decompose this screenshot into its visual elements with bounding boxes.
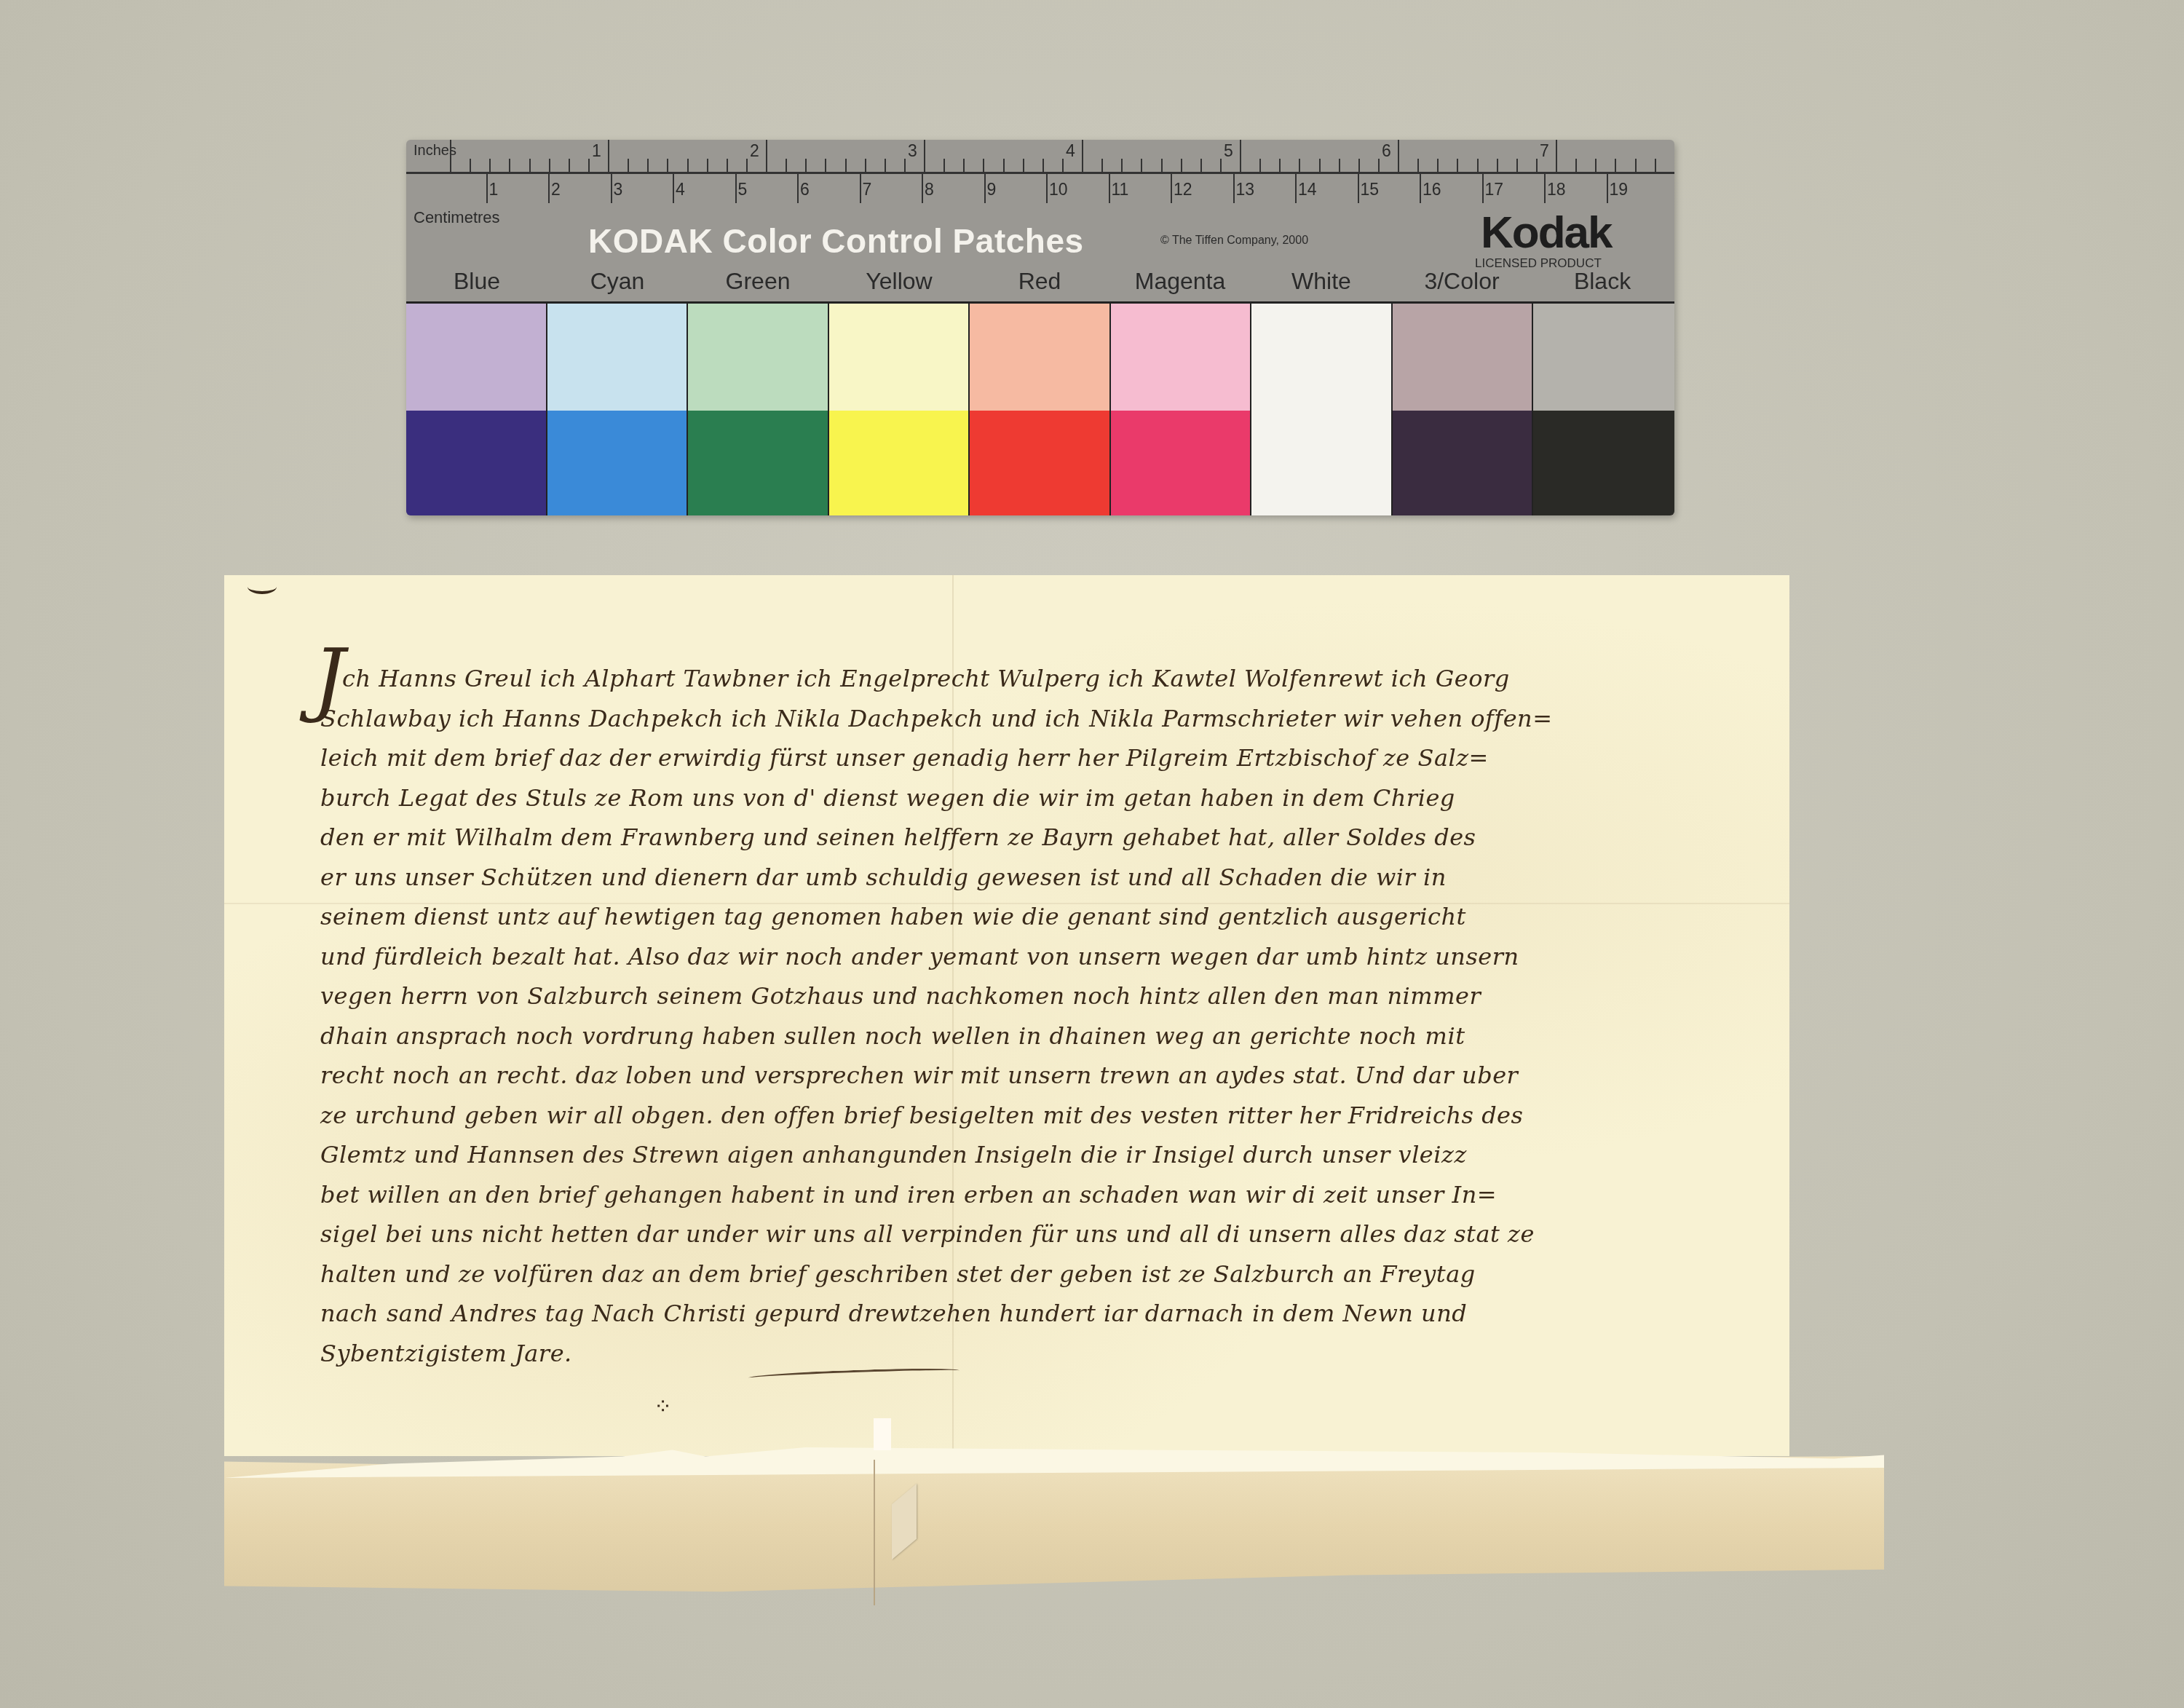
inch-tick bbox=[1082, 140, 1083, 172]
patch-label-cyan: Cyan bbox=[590, 268, 645, 295]
patch-dark bbox=[1111, 411, 1251, 515]
inch-tick bbox=[608, 140, 609, 172]
cm-number: 6 bbox=[800, 180, 810, 199]
inch-tick bbox=[845, 159, 847, 172]
charter-line: burch Legat des Stuls ze Rom uns von d' … bbox=[320, 778, 1718, 818]
inch-tick bbox=[470, 159, 471, 172]
patch-dark bbox=[1393, 411, 1532, 515]
patch-dark bbox=[547, 411, 687, 515]
patch-column-black bbox=[1533, 304, 1674, 515]
patch-column-white bbox=[1251, 304, 1393, 515]
inch-tick bbox=[509, 159, 510, 172]
charter-line: den er mit Wilhalm dem Frawnberg und sei… bbox=[320, 818, 1718, 858]
patch-light bbox=[829, 304, 969, 412]
inch-tick bbox=[1062, 159, 1064, 172]
inch-tick bbox=[588, 159, 590, 172]
inch-tick bbox=[825, 159, 826, 172]
patch-light bbox=[688, 304, 828, 412]
inch-tick bbox=[1240, 140, 1241, 172]
charter-line: bet willen an den brief gehangen habent … bbox=[320, 1175, 1718, 1215]
patch-labels: Blue Cyan Green Yellow Red Magenta White… bbox=[406, 268, 1674, 294]
inch-tick bbox=[450, 140, 451, 172]
centimetre-ruler: 12345678910111213141516171819 bbox=[406, 174, 1674, 209]
plica-fold bbox=[224, 1456, 1884, 1594]
color-patches bbox=[406, 301, 1674, 515]
inch-number: 7 bbox=[1540, 141, 1549, 161]
inch-number: 5 bbox=[1224, 141, 1233, 161]
inch-tick bbox=[1437, 159, 1439, 172]
cm-tick bbox=[1171, 174, 1172, 203]
inch-tick bbox=[687, 159, 689, 172]
patch-label-red: Red bbox=[1018, 268, 1061, 295]
inch-tick bbox=[1003, 159, 1005, 172]
charter-line: ch Hanns Greul ich Alphart Tawbner ich E… bbox=[320, 659, 1718, 699]
inch-tick bbox=[707, 159, 708, 172]
inch-number: 3 bbox=[908, 141, 917, 161]
cm-number: 10 bbox=[1049, 180, 1068, 199]
inch-tick bbox=[549, 159, 550, 172]
inch-tick bbox=[983, 159, 984, 172]
inch-tick bbox=[1141, 159, 1142, 172]
cm-number: 15 bbox=[1361, 180, 1380, 199]
inch-tick bbox=[1417, 159, 1419, 172]
inch-tick bbox=[1556, 140, 1557, 172]
cm-tick bbox=[673, 174, 674, 203]
cm-number: 11 bbox=[1112, 180, 1129, 199]
inch-tick bbox=[1457, 159, 1458, 172]
inch-tick bbox=[1516, 159, 1518, 172]
inch-tick bbox=[1655, 159, 1656, 172]
inch-tick bbox=[1259, 159, 1261, 172]
cm-tick bbox=[1607, 174, 1608, 203]
inch-tick bbox=[1161, 159, 1163, 172]
copyright-notice: © The Tiffen Company, 2000 bbox=[1160, 234, 1308, 248]
inch-tick bbox=[1358, 159, 1360, 172]
cm-number: 16 bbox=[1423, 180, 1441, 199]
inch-tick bbox=[1378, 159, 1380, 172]
patch-dark bbox=[829, 411, 969, 515]
inch-tick bbox=[1615, 159, 1616, 172]
charter-line: Sybentzigistem Jare. bbox=[320, 1334, 1718, 1374]
kodak-logo: Kodak bbox=[1481, 207, 1611, 258]
inch-tick bbox=[727, 159, 728, 172]
inch-number: 2 bbox=[750, 141, 759, 161]
patch-dark bbox=[1533, 411, 1674, 515]
cm-tick bbox=[797, 174, 799, 203]
corner-ink-mark bbox=[248, 580, 277, 594]
cm-tick bbox=[1358, 174, 1359, 203]
inch-tick bbox=[529, 159, 531, 172]
inch-tick bbox=[904, 159, 906, 172]
inch-tick bbox=[628, 159, 629, 172]
cm-number: 8 bbox=[925, 180, 934, 199]
inch-tick bbox=[1101, 159, 1103, 172]
charter-line: sigel bei uns nicht hetten dar under wir… bbox=[320, 1214, 1718, 1254]
inch-tick bbox=[786, 159, 787, 172]
patch-light bbox=[1533, 304, 1674, 412]
patch-light bbox=[1393, 304, 1532, 412]
charter-line: nach sand Andres tag Nach Christi gepurd… bbox=[320, 1294, 1718, 1334]
inch-tick bbox=[805, 159, 807, 172]
charter-line: halten und ze volfüren daz an dem brief … bbox=[320, 1254, 1718, 1294]
inch-tick bbox=[1635, 159, 1637, 172]
inch-tick bbox=[1220, 159, 1222, 172]
charter-line: leich mit dem brief daz der erwirdig für… bbox=[320, 738, 1718, 778]
cm-tick bbox=[1544, 174, 1546, 203]
inch-tick bbox=[1497, 159, 1498, 172]
inch-tick bbox=[1319, 159, 1321, 172]
cm-tick bbox=[735, 174, 737, 203]
cm-number: 7 bbox=[863, 180, 872, 199]
charter-line: und fürdleich bezalt hat. Also daz wir n… bbox=[320, 937, 1718, 977]
patch-dark bbox=[688, 411, 828, 515]
inch-tick bbox=[1595, 159, 1597, 172]
cm-number: 3 bbox=[614, 180, 623, 199]
inch-tick bbox=[865, 159, 866, 172]
inch-ruler: Inches 12345678 bbox=[406, 140, 1674, 174]
patch-label-yellow: Yellow bbox=[866, 268, 932, 295]
seal-slit bbox=[874, 1460, 875, 1605]
cm-tick bbox=[1109, 174, 1110, 203]
medieval-charter: J ch Hanns Greul ich Alphart Tawbner ich… bbox=[224, 575, 1789, 1456]
inch-tick bbox=[1121, 159, 1123, 172]
patch-label-black: Black bbox=[1574, 268, 1631, 295]
patch-column-cyan bbox=[547, 304, 689, 515]
inch-tick bbox=[1477, 159, 1479, 172]
inch-tick bbox=[1575, 159, 1577, 172]
cm-tick bbox=[1233, 174, 1235, 203]
patch-column-yellow bbox=[829, 304, 970, 515]
cm-tick bbox=[984, 174, 986, 203]
cm-tick bbox=[486, 174, 488, 203]
cm-number: 1 bbox=[489, 180, 499, 199]
inch-tick bbox=[1339, 159, 1340, 172]
inch-tick bbox=[1279, 159, 1281, 172]
inch-tick bbox=[489, 159, 491, 172]
inch-number: 1 bbox=[592, 141, 601, 161]
patch-label-white: White bbox=[1291, 268, 1351, 295]
seal-slit-opening bbox=[874, 1418, 891, 1450]
inch-tick bbox=[885, 159, 886, 172]
cm-tick bbox=[1295, 174, 1297, 203]
strip-title: KODAK Color Control Patches bbox=[588, 221, 1084, 261]
charter-line: seinem dienst untz auf hewtigen tag geno… bbox=[320, 897, 1718, 937]
inch-tick bbox=[1023, 159, 1024, 172]
patch-light bbox=[547, 304, 687, 412]
cm-number: 9 bbox=[987, 180, 997, 199]
charter-line: ze urchund geben wir all obgen. den offe… bbox=[320, 1096, 1718, 1136]
patch-light bbox=[970, 304, 1109, 412]
cm-tick bbox=[860, 174, 861, 203]
inch-tick bbox=[1181, 159, 1182, 172]
charter-line: Glemtz und Hannsen des Strewn aigen anha… bbox=[320, 1135, 1718, 1175]
cm-number: 17 bbox=[1485, 180, 1504, 199]
inch-tick bbox=[1299, 159, 1300, 172]
inch-number: 4 bbox=[1066, 141, 1075, 161]
cm-tick bbox=[548, 174, 550, 203]
inch-tick bbox=[746, 159, 748, 172]
cm-number: 18 bbox=[1547, 180, 1566, 199]
charter-line: vegen herrn von Salzburch seinem Gotzhau… bbox=[320, 976, 1718, 1016]
patch-label-magenta: Magenta bbox=[1135, 268, 1226, 295]
patch-white bbox=[1251, 304, 1391, 515]
cm-tick bbox=[922, 174, 923, 203]
charter-line: dhain ansprach noch vordrung haben sulle… bbox=[320, 1016, 1718, 1056]
inch-tick bbox=[1200, 159, 1202, 172]
patch-column-3color bbox=[1393, 304, 1534, 515]
cm-number: 4 bbox=[676, 180, 685, 199]
patch-label-blue: Blue bbox=[454, 268, 500, 295]
inch-tick bbox=[943, 159, 945, 172]
inch-tick bbox=[1536, 159, 1538, 172]
patch-light bbox=[1111, 304, 1251, 412]
patch-label-3color: 3/Color bbox=[1424, 268, 1499, 295]
patch-column-green bbox=[688, 304, 829, 515]
patch-label-green: Green bbox=[726, 268, 791, 295]
inch-tick bbox=[647, 159, 649, 172]
centimetres-label: Centimetres bbox=[414, 208, 500, 227]
patch-dark bbox=[970, 411, 1109, 515]
patch-light bbox=[406, 304, 546, 412]
patch-column-blue bbox=[406, 304, 547, 515]
inch-tick bbox=[569, 159, 570, 172]
inch-tick bbox=[1042, 159, 1044, 172]
cm-number: 13 bbox=[1236, 180, 1255, 199]
inch-number: 6 bbox=[1382, 141, 1391, 161]
closing-mark: ⁘ bbox=[654, 1394, 672, 1420]
charter-line: er uns unser Schützen und dienern dar um… bbox=[320, 858, 1718, 898]
patch-dark bbox=[406, 411, 546, 515]
inch-tick bbox=[963, 159, 965, 172]
charter-line: Schlawbay ich Hanns Dachpekch ich Nikla … bbox=[320, 699, 1718, 739]
cm-number: 12 bbox=[1174, 180, 1192, 199]
cm-tick bbox=[1420, 174, 1421, 203]
charter-text: ch Hanns Greul ich Alphart Tawbner ich E… bbox=[320, 659, 1718, 1373]
patch-column-magenta bbox=[1111, 304, 1252, 515]
cm-number: 2 bbox=[551, 180, 561, 199]
cm-number: 19 bbox=[1610, 180, 1629, 199]
inch-tick bbox=[766, 140, 767, 172]
inch-tick bbox=[924, 140, 925, 172]
inch-tick bbox=[1398, 140, 1399, 172]
cm-tick bbox=[611, 174, 612, 203]
cm-number: 5 bbox=[738, 180, 748, 199]
patch-column-red bbox=[970, 304, 1111, 515]
cm-number: 14 bbox=[1298, 180, 1317, 199]
cm-tick bbox=[1482, 174, 1484, 203]
cm-tick bbox=[1046, 174, 1048, 203]
inch-tick bbox=[667, 159, 668, 172]
charter-line: recht noch an recht. daz loben und versp… bbox=[320, 1056, 1718, 1096]
kodak-color-control-strip: Inches 12345678 123456789101112131415161… bbox=[406, 140, 1674, 515]
